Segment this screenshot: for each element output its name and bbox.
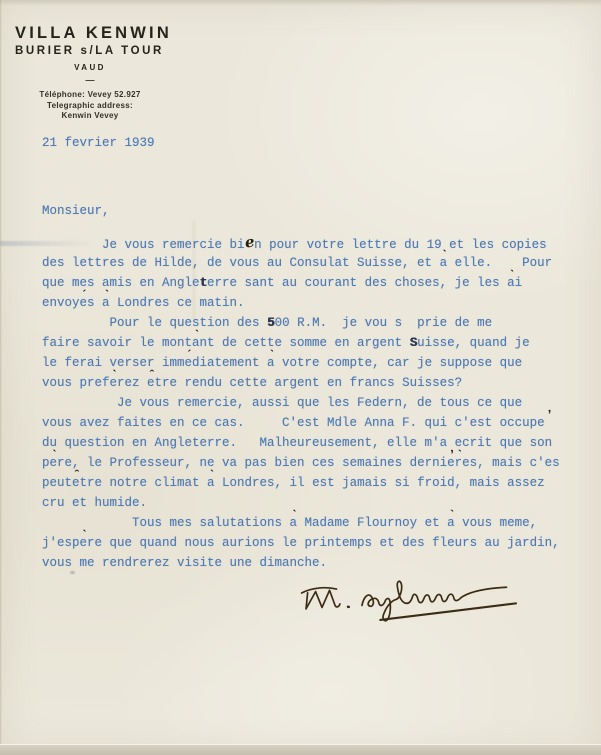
typed-text: Tous mes salutations [42, 516, 290, 530]
letter-line: vous prefˋerez ˆetre rendu cette argent … [42, 373, 560, 393]
typed-text: a elle. Pour [440, 256, 553, 270]
typed-text: peut [42, 476, 72, 490]
letterhead-telegraph-label: Telegraphic address: [15, 101, 165, 112]
overstruck-char: 5 [267, 316, 275, 330]
typed-text: Je vous remercie bi [42, 238, 245, 252]
typed-text: faire savoir le mont [42, 336, 192, 350]
typed-text: eres, mais c'es [447, 456, 560, 470]
letter-line: faire savoir le montˋant de cette somme … [42, 333, 560, 353]
typed-text: etre notre climat [72, 476, 207, 490]
typed-text: ant de cette somme en argent [192, 336, 410, 350]
letter-paragraph: Je vous remercie, aussi que les Federn, … [42, 393, 560, 513]
overstruck-char: S [410, 336, 418, 350]
typed-text: que mes amis en Angle [42, 276, 200, 290]
letter-line: Tous mes salutations ˋa Madame Flournoy … [42, 513, 560, 533]
typed-text: a votre compte, car je suppose que [267, 356, 522, 370]
letter-paragraph: Tous mes salutations ˋa Madame Flournoy … [42, 513, 560, 573]
letter-line: cru et humide. [42, 493, 560, 513]
typed-text: uisse, quand je [417, 336, 530, 350]
typed-text: cru et humide. [42, 496, 147, 510]
typed-text: a Londres, il est jamais si froid, mais … [207, 476, 545, 490]
letterhead: VILLA KENWIN BURIER s/LA TOUR VAUD — Tél… [15, 23, 175, 122]
letterhead-villa-name: VILLA KENWIN [15, 23, 175, 43]
signature [295, 573, 536, 639]
letter-paragraph: Je vous remercie bien pour votre lettre … [42, 233, 560, 313]
typed-text: ere que quand nous aurions le printemps … [80, 536, 560, 550]
typed-text: envoy [42, 296, 80, 310]
letterhead-telegraph-value: Kenwin Vevey [15, 111, 165, 122]
letterhead-divider: — [15, 76, 165, 85]
typed-text: vous pref [42, 376, 110, 390]
typed-text: j'esp [42, 536, 80, 550]
paper-top-edge-shadow [0, 0, 601, 6]
typed-text: erre sant au courant des choses, je les [207, 276, 507, 290]
letter-line: que mes amis en Angleterre sant au coura… [42, 273, 560, 293]
typed-text: 00 R.M. je vou s prie de me [275, 316, 493, 330]
letter-line: du question en Angleterre. Malheureuseme… [42, 433, 560, 453]
typed-text: a Londres ce matin. [102, 296, 245, 310]
handwritten-letter: e [243, 231, 255, 252]
typed-text: ere, le Professeur, ne va pas bien ces s… [50, 456, 448, 470]
letter-line: Je vous remercie, aussi que les Federn, … [42, 393, 560, 413]
typed-text: p [42, 456, 50, 470]
typed-text: vous avez faites en ce cas. C'est Mdle A… [42, 416, 545, 430]
letter-line: le ferai verser immˊediatement ˋa votre … [42, 353, 560, 373]
typed-text: a vous meme, [447, 516, 537, 530]
typed-text: n pour votre lettre du 19 et les copies [254, 238, 547, 252]
letter-line: peutˆetre notre climat ˋa Londres, il es… [42, 473, 560, 493]
signature-handwriting [295, 573, 536, 639]
typed-text: du question en Angleterre. Malheureuseme… [42, 436, 552, 450]
letter-line: pˋere, le Professeur, ne va pas bien ces… [42, 453, 560, 473]
letterhead-region: VAUD [15, 62, 165, 73]
overstruck-char: t [200, 276, 208, 290]
letter-line: vous avez faites en ce cas. C'est Mdle A… [42, 413, 560, 433]
typed-text: a Madame Flournoy et [290, 516, 448, 530]
typed-text: etre rendu cette argent en francs Suisse… [147, 376, 462, 390]
typed-text: Pour le question des [42, 316, 267, 330]
letter-line: Je vous remercie bien pour votre lettre … [42, 233, 560, 253]
typed-text: vous me rendrerez visite une dimanche. [42, 556, 327, 570]
paper-left-edge-shadow [0, 0, 2, 755]
letter-line: des lettres de Hilde, de vous au Consula… [42, 253, 560, 273]
letter-salutation: Monsieur, [42, 204, 110, 218]
paper-bottom-edge-shadow [0, 744, 601, 755]
letter-body: Je vous remercie bien pour votre lettre … [42, 233, 560, 573]
letterhead-phone: Téléphone: Vevey 52.927 [15, 90, 165, 101]
letterhead-address: BURIER s/LA TOUR [15, 43, 175, 60]
typed-text: des lettres de Hilde, de vous au Consula… [42, 256, 440, 270]
letter-paragraph: Pour le question des 500 R.M. je vou s p… [42, 313, 560, 393]
letter-line: Pour le question des 500 R.M. je vou s p… [42, 313, 560, 333]
typed-text: Je vous remercie, aussi que les Federn, … [42, 396, 522, 410]
letter-line: envoyˊes ˋa Londres ce matin. [42, 293, 560, 313]
letter-line: j'espˋere que quand nous aurions le prin… [42, 533, 560, 553]
letter-line: vous me rendrerez visite une dimanche. [42, 553, 560, 573]
typed-text: ediatement [185, 356, 268, 370]
letter-date: 21 fevrier 1939 [42, 136, 155, 150]
